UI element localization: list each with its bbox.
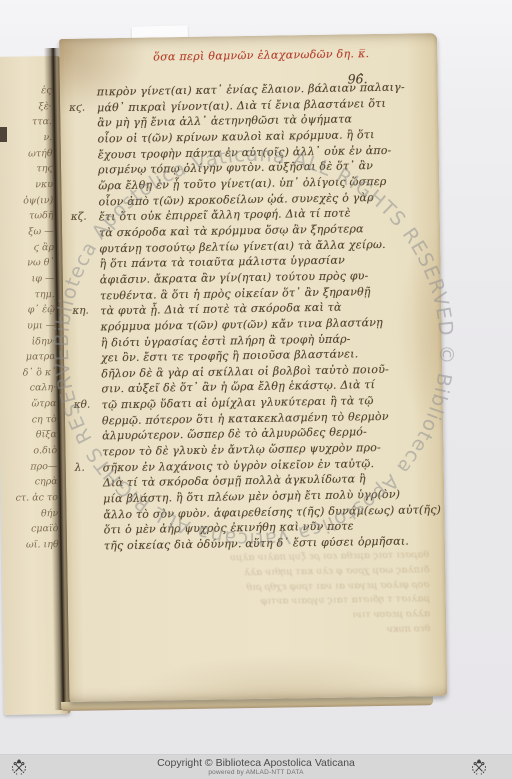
facing-page-fragment: θήν: [1, 506, 58, 523]
chapter-number: λ.: [75, 461, 85, 473]
copyright-text: Copyright © Biblioteca Apostolica Vatica…: [157, 757, 355, 769]
bleed-through-line: θεο πυκν: [186, 622, 430, 641]
facing-page-fragment: προ—: [0, 459, 57, 476]
chapter-number: κθ.: [74, 399, 91, 411]
facing-page-fragment: ματρα: [0, 349, 56, 366]
chapter-number: κζ.: [71, 211, 87, 223]
chapter-number: κϛ.: [69, 101, 85, 113]
binding-speck: [0, 127, 7, 142]
footer-bar: Copyright © Biblioteca Apostolica Vatica…: [0, 754, 512, 779]
facing-page-fragment: ὥτρα: [0, 396, 57, 413]
facing-page-fragment: θϊξα: [0, 427, 57, 444]
manuscript-lines: πικρὸν γίνετ(αι) κατ᾽ ἐνίας ἔλαιον. βάλα…: [97, 80, 372, 554]
rubric-title: ὅσα περὶ θαμνῶν ἐλαχανωδῶν δη. κ̅.: [151, 47, 371, 63]
powered-by-text: powered by AMLAD-NTT DATA: [208, 769, 303, 777]
facing-page-fragment: ἱδην·: [0, 334, 56, 351]
facing-page-fragment: δ᾽ ὃ κ᾽: [0, 365, 56, 382]
facing-page-fragment: ϲμαϊὸ: [1, 521, 58, 538]
facing-page-fragment: ϲη τὸ: [0, 412, 57, 429]
bleed-through-text: θαρσει τοις αμεθα εοι ρε ξυμ παλιν αλμυδ…: [185, 548, 430, 641]
facing-page-fragment: ϲτ. ἀϲ το: [1, 490, 58, 507]
facing-page-fragment: φ᾽ ἐῷ: [0, 302, 55, 319]
manuscript-page: ὅσα περὶ θαμνῶν ἐλαχανωδῶν δη. κ̅. 96̂. …: [59, 33, 447, 702]
facing-page-fragment: ϲαλη·: [0, 381, 56, 398]
vatican-library-logo-icon: [470, 758, 488, 776]
facing-page-fragment: υμι —: [0, 318, 55, 335]
digitized-manuscript-scan: ἐςξὲ·ττα.ν.ωτήθτηϛνκυὀψ(ιν)τωδῆξω —ϛ ἂρν…: [0, 0, 512, 779]
chapter-number: κη.: [72, 305, 89, 317]
facing-page-fragment: ωϊ. ιηθ: [2, 537, 59, 554]
facing-page-fragment: ϲηρὰ: [1, 474, 58, 491]
facing-page-fragment: ο.διὸ: [0, 443, 57, 460]
text-block: κϛ.κζ.κη.κθ.λ. πικρὸν γίνετ(αι) κατ᾽ ἐνί…: [97, 80, 372, 554]
